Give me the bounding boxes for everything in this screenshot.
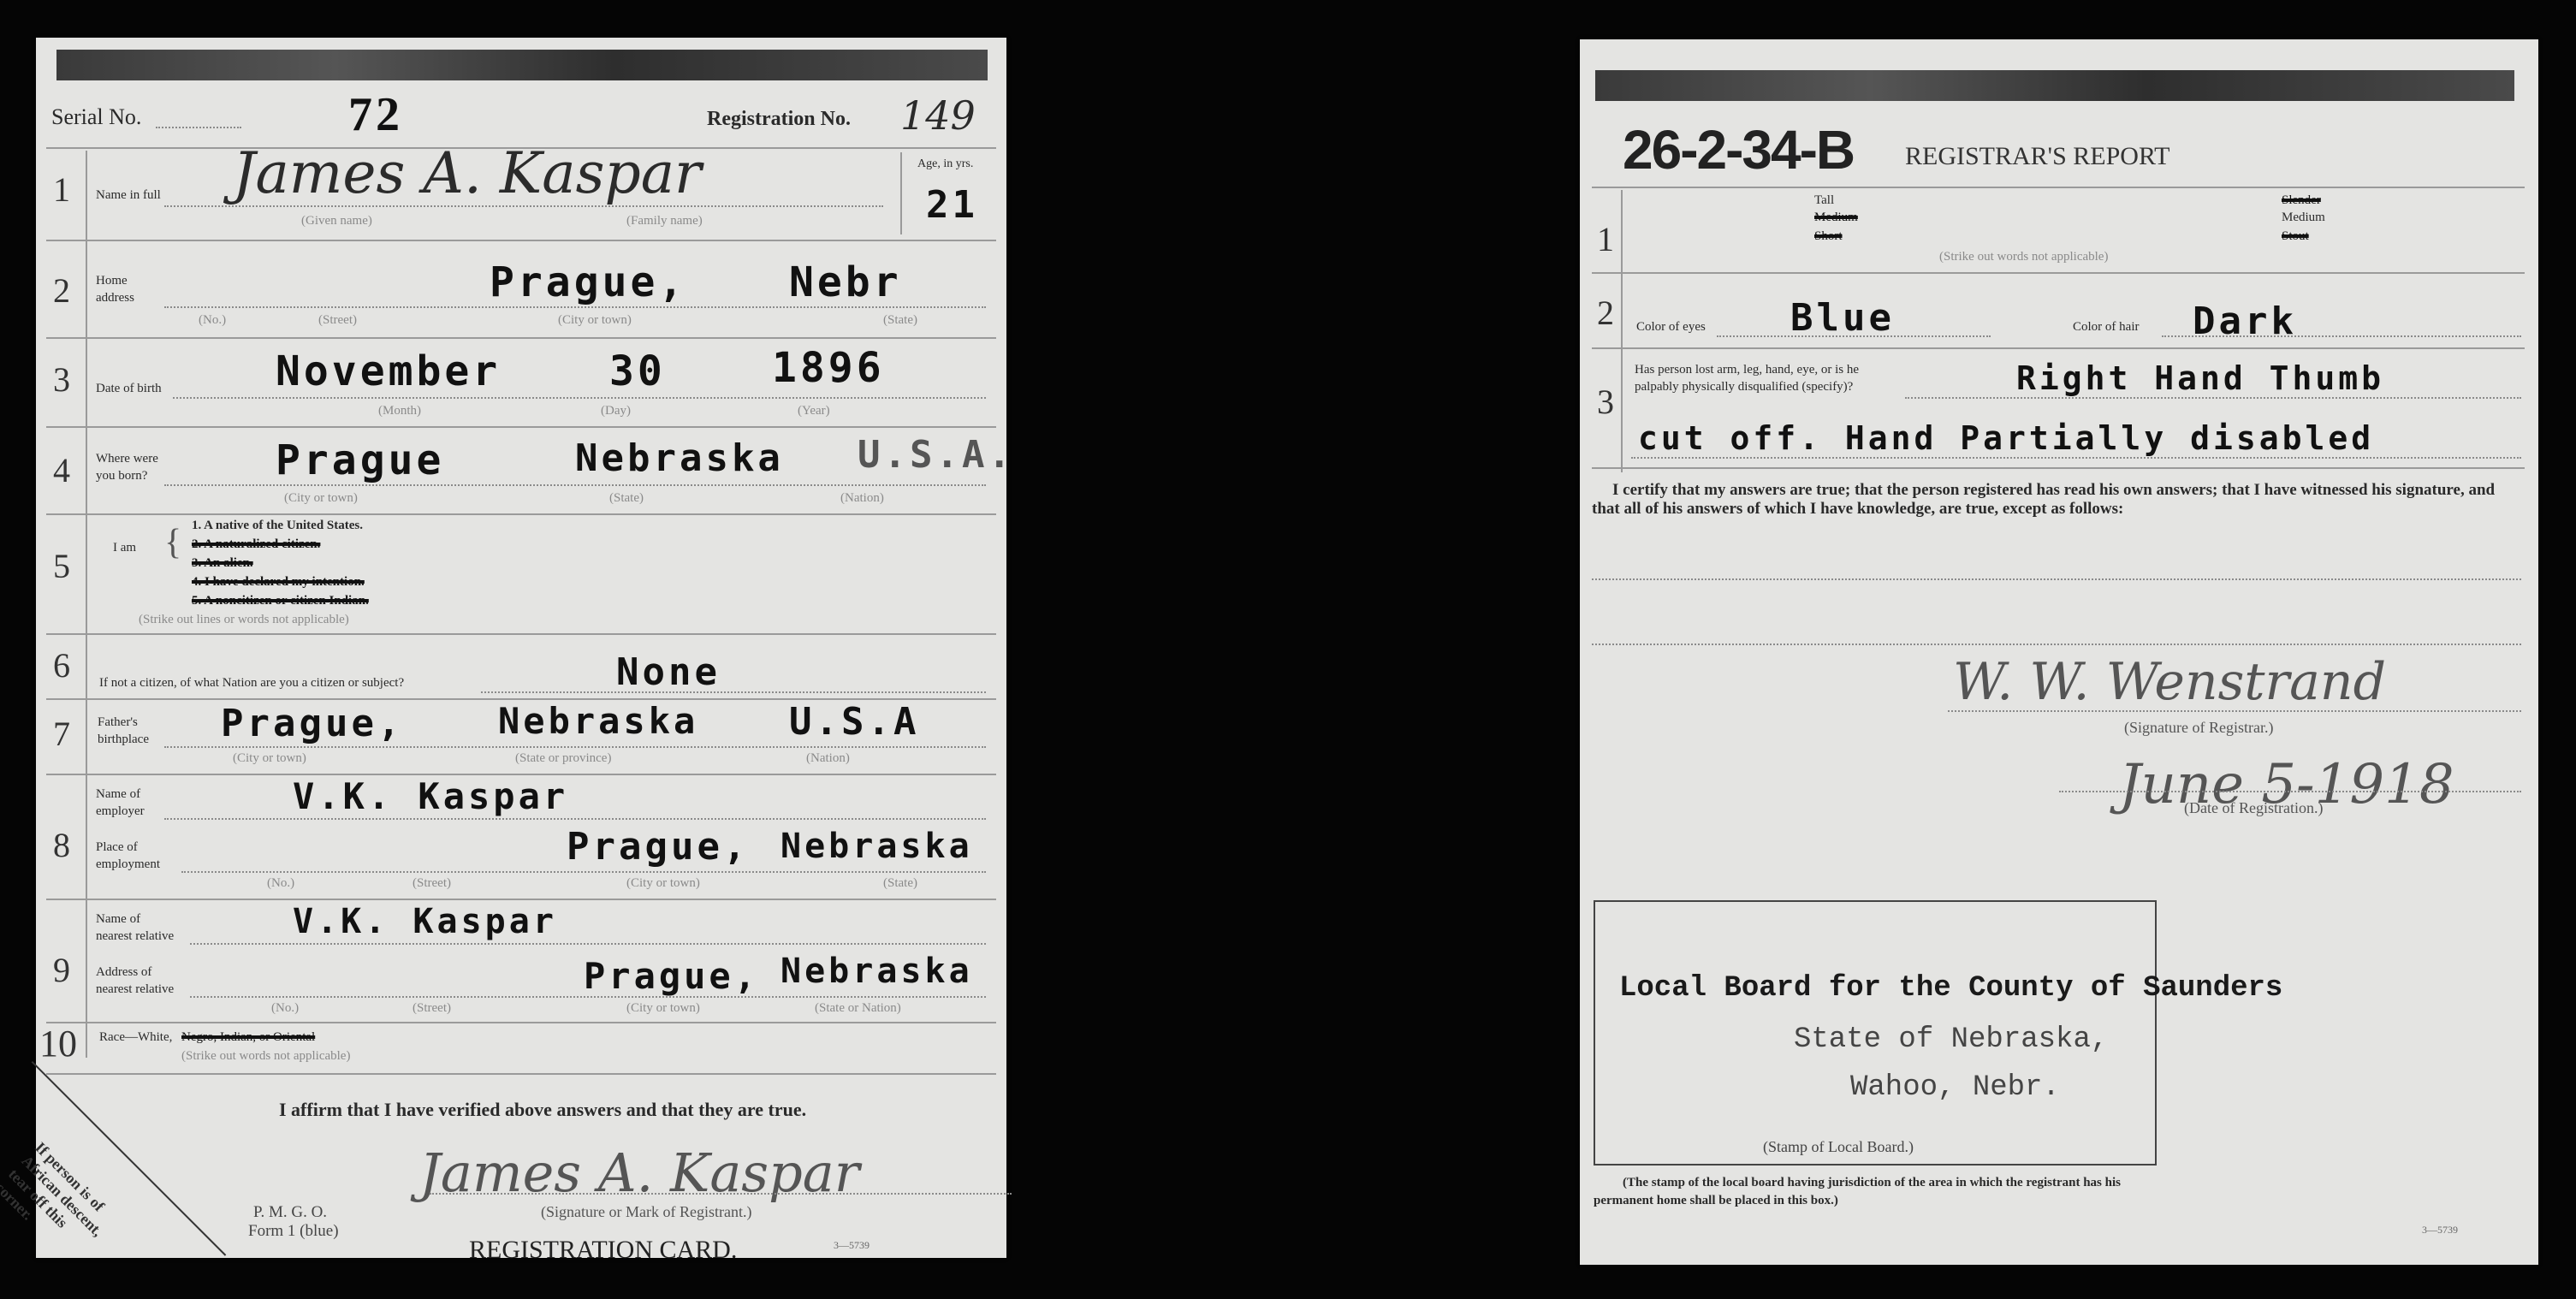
certification-text: I certify that my answers are true; that… — [1592, 481, 2521, 519]
field-number-4: 4 — [53, 450, 70, 490]
caption-state: (State) — [609, 491, 644, 506]
hair-color-value: Dark — [2193, 300, 2297, 343]
form-code: 3—5739 — [834, 1239, 870, 1252]
caption-family-name: (Family name) — [626, 214, 703, 228]
home-dotline — [164, 306, 986, 308]
employment-label-2: employment — [96, 857, 160, 872]
caption-day: (Day) — [601, 404, 631, 418]
caption-state: (State) — [883, 876, 917, 891]
field-number-7: 7 — [53, 714, 70, 754]
citizenship-label: I am — [113, 541, 136, 555]
number-column-rule — [1621, 190, 1623, 472]
home-state: Nebr — [789, 258, 902, 306]
dob-label: Date of birth — [96, 382, 162, 396]
registrant-signature: James A. Kaspar — [419, 1142, 859, 1204]
build-option-slender: Slender — [2282, 193, 2321, 208]
caption-city: (City or town) — [626, 876, 700, 891]
card-header-bar — [1595, 70, 2514, 101]
number-column-rule — [86, 151, 87, 1058]
home-city: Prague, — [490, 258, 686, 306]
caption-no: (No.) — [271, 1001, 299, 1016]
field-number-5: 5 — [53, 546, 70, 586]
caption-street: (Street) — [318, 313, 357, 328]
name-label: Name in full — [96, 188, 161, 203]
registration-value: 149 — [900, 92, 976, 139]
name-value: James A. Kaspar — [233, 140, 702, 206]
exception-dotline-1 — [1592, 578, 2521, 580]
caption-city: (City or town) — [558, 313, 632, 328]
field-number-10: 10 — [39, 1022, 77, 1065]
serial-value: 72 — [348, 87, 403, 142]
age-label: Age, in yrs. — [917, 157, 973, 171]
date-caption: (Date of Registration.) — [2184, 799, 2323, 817]
build-option-medium: Medium — [2282, 211, 2325, 225]
home-label-2: address — [96, 291, 134, 305]
card-title: REGISTRATION CARD. — [469, 1236, 737, 1265]
build-caption: (Strike out words not applicable) — [1939, 250, 2108, 264]
home-label-1: Home — [96, 274, 128, 288]
field-number-6: 6 — [53, 645, 70, 685]
disability-dotline-1 — [1905, 397, 2521, 399]
report-title: REGISTRAR'S REPORT — [1905, 142, 2170, 171]
disability-value-2: cut off. Hand Partially disabled — [1638, 419, 2374, 457]
tear-off-corner[interactable]: If person is of African descent, tear of… — [36, 1061, 233, 1258]
caption-state-nation: (State or Nation) — [815, 1001, 901, 1016]
registrar-caption: (Signature of Registrar.) — [2124, 719, 2273, 737]
registrar-dotline — [1948, 710, 2521, 712]
caption-state: (State) — [883, 313, 917, 328]
caption-city: (City or town) — [233, 751, 306, 766]
caption-month: (Month) — [378, 404, 421, 418]
card-header-bar — [56, 50, 988, 80]
nation-label: If not a citizen, of what Nation are you… — [99, 676, 404, 691]
serial-label: Serial No. — [51, 104, 141, 130]
caption-street: (Street) — [413, 1001, 451, 1016]
report-number-1: 1 — [1597, 219, 1614, 259]
corner-note: If person is of African descent, tear of… — [0, 1138, 120, 1267]
age-value: 21 — [926, 183, 978, 227]
eye-color-value: Blue — [1790, 296, 1895, 340]
hair-color-label: Color of hair — [2073, 320, 2139, 335]
birthplace-dotline — [164, 484, 986, 486]
relative-address-label-2: nearest relative — [96, 982, 174, 997]
report-code: 26-2-34-B — [1623, 118, 1854, 181]
stamp-line-3: Wahoo, Nebr. — [1850, 1071, 2060, 1104]
stamp-line-2: State of Nebraska, — [1794, 1023, 2108, 1056]
caption-nation: (Nation) — [806, 751, 850, 766]
caption-given-name: (Given name) — [301, 214, 372, 228]
dob-year: 1896 — [772, 344, 885, 392]
caption-no: (No.) — [267, 876, 294, 891]
citizenship-caption: (Strike out lines or words not applicabl… — [139, 613, 349, 627]
birthplace-nation: U.S.A. — [858, 433, 1014, 477]
divider — [46, 899, 996, 900]
caption-street: (Street) — [413, 876, 451, 891]
registrars-report-card: 26-2-34-B REGISTRAR'S REPORT 1 Tall Medi… — [1580, 39, 2538, 1265]
father-state: Nebraska — [498, 700, 698, 742]
registration-card: Serial No. 72 Registration No. 149 1 Nam… — [36, 38, 1006, 1258]
employment-state: Nebraska — [781, 827, 973, 866]
employment-dotline — [181, 871, 986, 873]
employer-label-2: employer — [96, 804, 145, 819]
disability-value-1: Right Hand Thumb — [2016, 359, 2384, 397]
birthplace-city: Prague — [276, 436, 444, 484]
height-option-tall: Tall — [1814, 193, 1834, 208]
citizenship-option-2: 2. A naturalized citizen. — [192, 537, 320, 552]
nation-dotline — [481, 691, 986, 693]
divider — [1592, 467, 2525, 469]
stamp-line-1: Local Board for the County of Saunders — [1619, 972, 2282, 1005]
field-number-3: 3 — [53, 359, 70, 400]
divider — [1592, 187, 2525, 188]
employer-label-1: Name of — [96, 787, 140, 802]
divider — [46, 633, 996, 635]
relative-address-label-1: Address of — [96, 965, 151, 980]
nation-value: None — [616, 650, 721, 694]
divider — [46, 337, 996, 339]
employment-city: Prague, — [567, 825, 749, 869]
height-option-medium: Medium — [1814, 211, 1858, 225]
exception-dotline-2 — [1592, 644, 2521, 645]
disability-label-1: Has person lost arm, leg, hand, eye, or … — [1635, 363, 1859, 377]
date-dotline — [2059, 791, 2521, 792]
height-option-short: Short — [1814, 229, 1843, 244]
field-number-9: 9 — [53, 950, 70, 990]
dob-month: November — [276, 347, 501, 395]
citizenship-option-4: 4. I have declared my intention. — [192, 575, 365, 590]
relative-dotline — [190, 943, 986, 945]
divider — [46, 426, 996, 428]
birthplace-state: Nebraska — [575, 436, 784, 480]
citizenship-option-1: 1. A native of the United States. — [192, 519, 363, 533]
relative-value: V.K. Kaspar — [293, 902, 557, 941]
field-number-1: 1 — [53, 169, 70, 210]
father-nation: U.S.A — [789, 700, 919, 744]
divider — [46, 513, 996, 515]
divider — [46, 1022, 996, 1023]
citizenship-option-5: 5. A noncitizen or citizen Indian. — [192, 594, 369, 608]
father-city: Prague, — [221, 702, 403, 745]
caption-state-province: (State or province) — [515, 751, 611, 766]
disability-dotline-2 — [1631, 457, 2521, 459]
brace-icon: { — [164, 522, 181, 563]
divider — [1592, 272, 2525, 274]
citizenship-option-3: 3. An alien. — [192, 556, 253, 571]
registration-label: Registration No. — [707, 108, 851, 131]
birthplace-label-1: Where were — [96, 452, 158, 466]
field-number-2: 2 — [53, 270, 70, 311]
report-number-2: 2 — [1597, 293, 1614, 333]
serial-dotline — [156, 127, 241, 128]
age-rule — [900, 152, 902, 234]
registrar-signature: W. W. Wenstrand — [1953, 652, 2386, 712]
disability-label-2: palpably physically disqualified (specif… — [1635, 380, 1853, 394]
relative-label-2: nearest relative — [96, 929, 174, 944]
race-label: Race—White, — [99, 1030, 172, 1045]
dob-day: 30 — [609, 347, 666, 395]
relative-address-city: Prague, — [584, 955, 759, 997]
caption-year: (Year) — [798, 404, 830, 418]
divider — [1592, 347, 2525, 349]
caption-no: (No.) — [199, 313, 226, 328]
employment-label-1: Place of — [96, 840, 138, 855]
employer-dotline — [164, 818, 986, 820]
build-option-stout: Stout — [2282, 229, 2309, 244]
employer-value: V.K. Kaspar — [293, 775, 568, 817]
stamp-caption: (Stamp of Local Board.) — [1763, 1138, 1914, 1156]
field-number-8: 8 — [53, 825, 70, 865]
caption-city: (City or town) — [626, 1001, 700, 1016]
form-code: 3—5739 — [2422, 1224, 2458, 1237]
stamp-instruction: (The stamp of the local board having jur… — [1594, 1174, 2155, 1210]
report-number-3: 3 — [1597, 382, 1614, 422]
father-label-2: birthplace — [98, 733, 149, 747]
relative-address-state: Nebraska — [781, 952, 973, 991]
signature-caption: (Signature or Mark of Registrant.) — [541, 1203, 751, 1221]
race-struck-options: Negro, Indian, or Oriental — [181, 1030, 315, 1045]
form-label: Form 1 (blue) — [248, 1222, 339, 1241]
caption-city: (City or town) — [284, 491, 358, 506]
father-label-1: Father's — [98, 715, 138, 730]
eye-color-label: Color of eyes — [1636, 320, 1706, 335]
signature-dotline — [430, 1193, 1012, 1195]
pmgo-label: P. M. G. O. — [253, 1203, 327, 1222]
caption-nation: (Nation) — [840, 491, 884, 506]
affirmation-text: I affirm that I have verified above answ… — [279, 1099, 806, 1121]
divider — [46, 240, 996, 241]
father-dotline — [164, 746, 986, 748]
dob-dotline — [173, 397, 986, 399]
relative-label-1: Name of — [96, 912, 140, 927]
birthplace-label-2: you born? — [96, 469, 147, 483]
